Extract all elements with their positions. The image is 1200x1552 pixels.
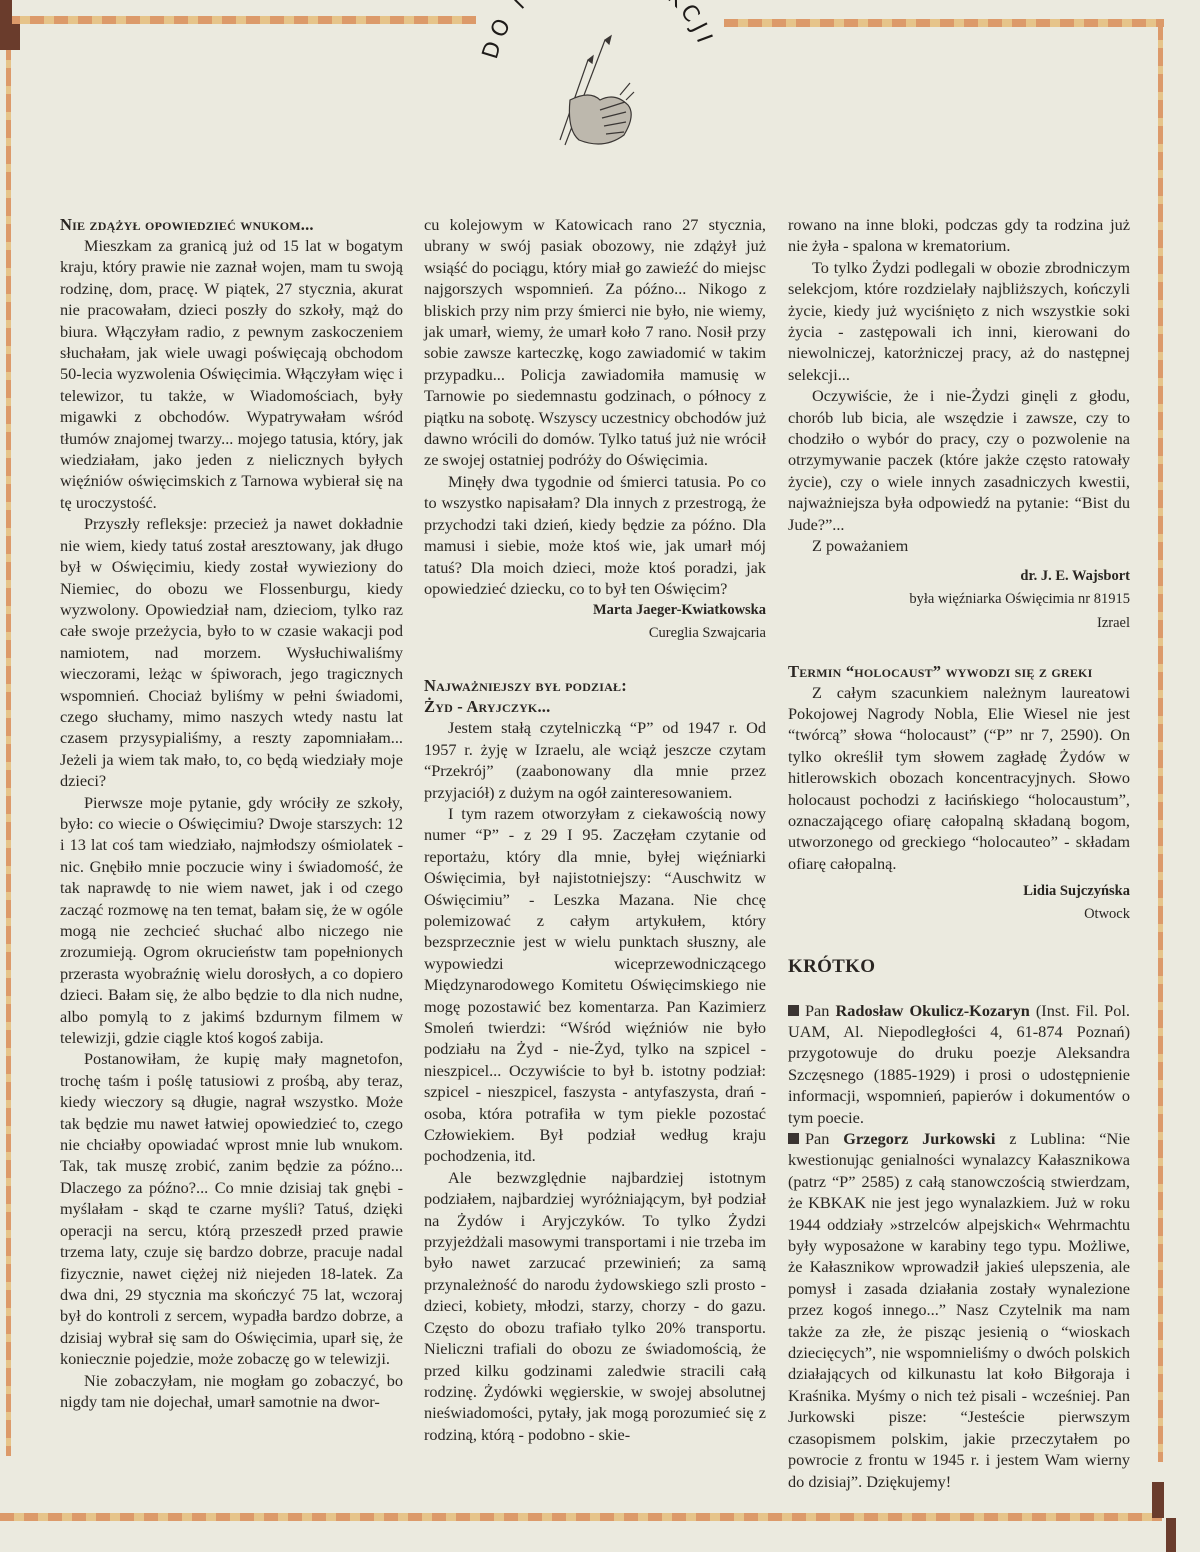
letter-1-paragraph: Postanowiłam, że kupię mały magnetofon, … xyxy=(60,1048,403,1369)
letter-1-place: Cureglia Szwajcaria xyxy=(424,621,766,645)
letter-2-paragraph: To tylko Żydzi podlegali w obozie zbrodn… xyxy=(788,257,1130,385)
krotko-item-prefix: Pan xyxy=(805,1001,829,1020)
letter-1-headline: Nie zdążył opowiedzieć wnukom... xyxy=(60,214,403,235)
letter-3-paragraph: Z całym szacunkiem należnym laureatowi P… xyxy=(788,682,1130,875)
krotko-section-title: KRÓTKO xyxy=(788,956,1130,977)
letter-2-author: dr. J. E. Wajsbort xyxy=(788,565,1130,587)
column-3: rowano na inne bloki, podczas gdy ta rod… xyxy=(788,214,1130,1492)
corner-ornament-bottom-right-outer xyxy=(1166,1518,1176,1552)
letter-2-closing: Z poważaniem xyxy=(788,535,1130,556)
column-1: Nie zdążył opowiedzieć wnukom... Mieszka… xyxy=(60,214,403,1412)
krotko-item: Pan Grzegorz Jurkowski z Lublina: “Nie k… xyxy=(788,1128,1130,1492)
letter-1-author: Marta Jaeger-Kwiatkowska xyxy=(424,599,766,621)
letter-3-place: Otwock xyxy=(788,902,1130,926)
letter-1-paragraph: cu kolejowym w Katowicach rano 27 styczn… xyxy=(424,214,766,471)
letter-2-paragraph: Ale bezwzględnie najbardziej istotnym po… xyxy=(424,1167,766,1445)
decorative-border-right xyxy=(1158,22,1163,1462)
krotko-item-name: Grzegorz Jurkowski xyxy=(843,1129,995,1148)
decorative-border-bottom xyxy=(0,1513,1162,1521)
krotko-item-prefix: Pan xyxy=(805,1129,829,1148)
letter-1-paragraph: Pierwsze moje pytanie, gdy wróciły ze sz… xyxy=(60,792,403,1049)
letter-2-place: Izrael xyxy=(788,611,1130,635)
column-2: cu kolejowym w Katowicach rano 27 styczn… xyxy=(424,214,766,1445)
letter-1-paragraph: Mieszkam za granicą już od 15 lat w boga… xyxy=(60,235,403,513)
krotko-item: Pan Radosław Okulicz-Kozaryn (Inst. Fil.… xyxy=(788,1000,1130,1128)
krotko-item-name: Radosław Okulicz-Kozaryn xyxy=(836,1001,1030,1020)
corner-ornament-top-left-inner xyxy=(10,24,20,50)
magazine-page: DO i OD REDAKCJI Nie zdążył opowiedzieć … xyxy=(0,0,1200,1552)
square-bullet-icon xyxy=(788,1005,799,1016)
letter-2-paragraph: Jestem stałą czytelniczką “P” od 1947 r.… xyxy=(424,717,766,803)
letter-3-author: Lidia Sujczyńska xyxy=(788,880,1130,902)
letter-2-paragraph: Oczywiście, że i nie-Żydzi ginęli z głod… xyxy=(788,385,1130,535)
letter-2-author-note: była więźniarka Oświęcimia nr 81915 xyxy=(788,587,1130,611)
letter-1-paragraph: Nie zobaczyłam, nie mogłam go zobaczyć, … xyxy=(60,1370,403,1413)
section-header-logo: DO i OD REDAKCJI xyxy=(470,0,730,160)
letter-2-headline-line2: Żyd - Aryjczyk... xyxy=(424,696,766,717)
corner-ornament-bottom-right xyxy=(1152,1482,1164,1518)
section-title: DO i OD REDAKCJI xyxy=(478,0,718,62)
quill-pen-icon xyxy=(560,36,634,145)
decorative-border-left xyxy=(6,16,11,1456)
letter-2-headline-line1: Najważniejszy był podział: xyxy=(424,675,766,696)
letter-2-paragraph: I tym razem otworzyłam z ciekawością now… xyxy=(424,803,766,1167)
letter-1-paragraph: Minęły dwa tygodnie od śmierci tatusia. … xyxy=(424,471,766,599)
letter-3-headline: Termin “holocaust” wywodzi się z greki xyxy=(788,661,1130,682)
krotko-item-text: z Lublina: “Nie kwestionując genialności… xyxy=(788,1129,1130,1491)
letter-1-paragraph: Przyszły refleksje: przecież ja nawet do… xyxy=(60,513,403,791)
decorative-border-top-right xyxy=(724,19,1164,27)
decorative-border-top-left xyxy=(6,16,476,24)
square-bullet-icon xyxy=(788,1133,799,1144)
letter-2-paragraph: rowano na inne bloki, podczas gdy ta rod… xyxy=(788,214,1130,257)
